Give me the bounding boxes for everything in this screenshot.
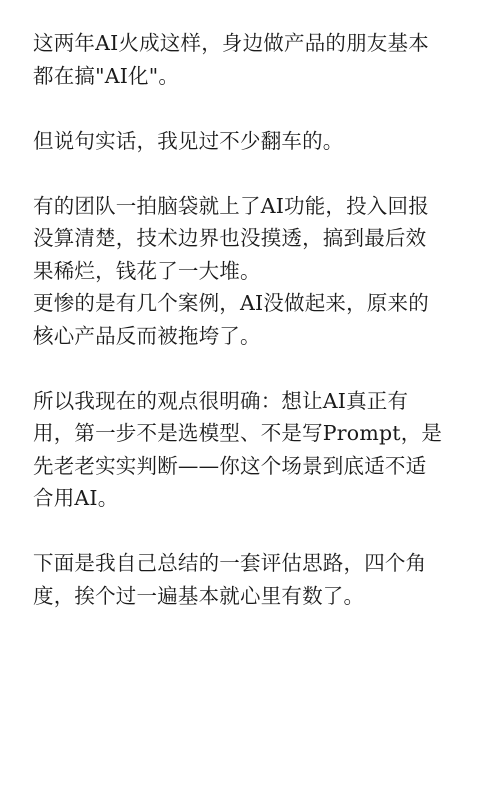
paragraph-failures: 但说句实话，我见过不少翻车的。 — [33, 125, 443, 158]
article-body: 这两年AI火成这样，身边做产品的朋友基本都在搞"AI化"。 但说句实话，我见过不… — [33, 27, 443, 612]
paragraph-worse-cases: 更惨的是有几个案例，AI没做起来，原来的核心产品反而被拖垮了。 — [33, 287, 443, 352]
paragraph-viewpoint: 所以我现在的观点很明确：想让AI真正有用，第一步不是选模型、不是写Prompt，… — [33, 385, 443, 515]
paragraph-intro: 这两年AI火成这样，身边做产品的朋友基本都在搞"AI化"。 — [33, 27, 443, 92]
paragraph-team-example: 有的团队一拍脑袋就上了AI功能，投入回报没算清楚，技术边界也没摸透，搞到最后效果… — [33, 190, 443, 288]
paragraph-framework-intro: 下面是我自己总结的一套评估思路，四个角度，挨个过一遍基本就心里有数了。 — [33, 547, 443, 612]
